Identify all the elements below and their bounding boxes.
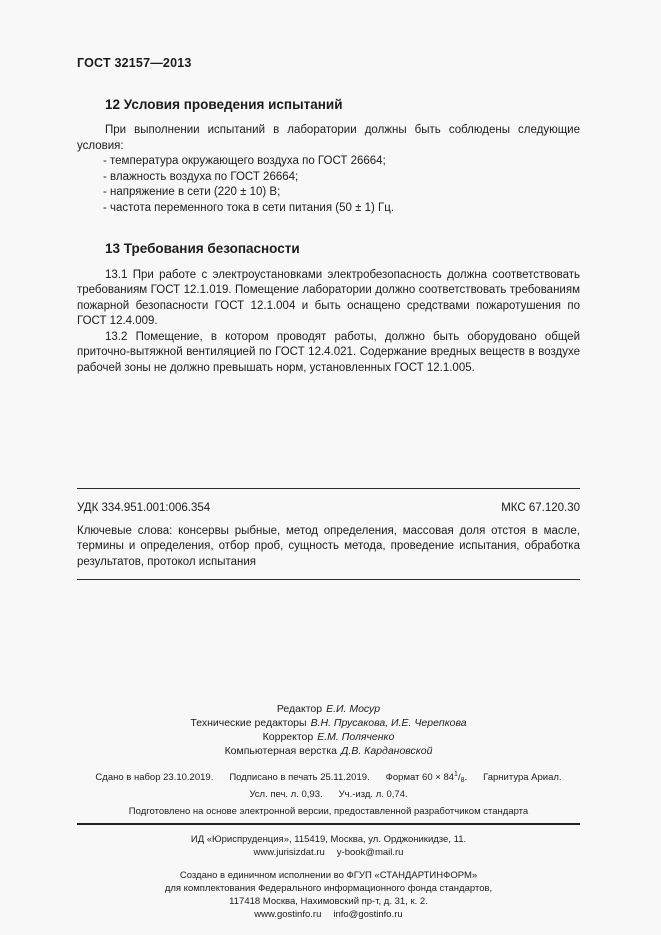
- section-13-paragraph-1: 13.1 При работе с электроустановками эле…: [77, 268, 580, 330]
- standartinform-block: Создано в единичном исполнении во ФГУП «…: [77, 869, 580, 921]
- publisher-address: ИД «Юриспруденция», 115419, Москва, ул. …: [77, 833, 580, 846]
- prepared-note: Подготовлено на основе электронной верси…: [77, 805, 580, 819]
- editor-name: Е.М. Поляченко: [317, 731, 394, 743]
- editor-line: Компьютерная версткаД.В. Кардановской: [77, 744, 580, 758]
- editors-block: РедакторЕ.И. Мосур Технические редакторы…: [77, 702, 580, 758]
- standartinform-line-1: Создано в единичном исполнении во ФГУП «…: [77, 869, 580, 882]
- publisher-contacts: www.jurisizdat.ruy-book@mail.ru: [77, 846, 580, 859]
- document-page: ГОСТ 32157—2013 12 Условия проведения ис…: [0, 0, 661, 935]
- editor-line: РедакторЕ.И. Мосур: [77, 702, 580, 716]
- editor-name: Д.В. Кардановской: [341, 745, 432, 757]
- editor-role: Технические редакторы: [190, 717, 306, 729]
- imprint-block: Сдано в набор 23.10.2019.Подписано в печ…: [77, 768, 580, 819]
- section-13-paragraph-2: 13.2 Помещение, в котором проводят работ…: [77, 330, 580, 377]
- paper-format: Формат 60 × 841/8.: [386, 772, 467, 783]
- mks-code: МКС 67.120.30: [501, 501, 580, 517]
- print-date: Подписано в печать 25.11.2019.: [229, 772, 369, 783]
- doc-code: ГОСТ 32157—2013: [77, 56, 580, 72]
- condition-item: - влажность воздуха по ГОСТ 26664;: [103, 170, 580, 186]
- section-12-heading: 12 Условия проведения испытаний: [105, 97, 580, 113]
- standartinform-site: www.gostinfo.ru: [254, 909, 321, 920]
- publishing-sheets: Уч.-изд. л. 0,74.: [339, 789, 408, 800]
- keywords: Ключевые слова: консервы рыбные, метод о…: [77, 524, 580, 571]
- set-date: Сдано в набор 23.10.2019.: [95, 772, 213, 783]
- editor-role: Редактор: [277, 703, 322, 715]
- publisher-email: y-book@mail.ru: [337, 847, 404, 858]
- editor-role: Корректор: [263, 731, 314, 743]
- section-13-heading: 13 Требования безопасности: [105, 241, 580, 257]
- imprint-line-2: Усл. печ. л. 0,93.Уч.-изд. л. 0,74.: [77, 788, 580, 802]
- divider-below-keywords: [77, 579, 580, 580]
- standartinform-email: info@gostinfo.ru: [333, 909, 402, 920]
- divider-above-udk: [77, 488, 580, 489]
- section-12-intro: При выполнении испытаний в лаборатории д…: [77, 123, 580, 154]
- standartinform-address: 117418 Москва, Нахимовский пр-т, д. 31, …: [77, 895, 580, 908]
- standartinform-line-2: для комплектования Федерального информац…: [77, 882, 580, 895]
- editor-name: В.Н. Прусакова, И.Е. Черепкова: [311, 717, 467, 729]
- editor-name: Е.И. Мосур: [326, 703, 380, 715]
- conventional-sheets: Усл. печ. л. 0,93.: [249, 789, 322, 800]
- condition-item: - частота переменного тока в сети питани…: [103, 201, 580, 217]
- typeface: Гарнитура Ариал.: [483, 772, 561, 783]
- divider-thick: [77, 823, 580, 825]
- condition-item: - напряжение в сети (220 ± 10) В;: [103, 185, 580, 201]
- publisher-block: ИД «Юриспруденция», 115419, Москва, ул. …: [77, 833, 580, 859]
- classification-row: УДК 334.951.001:006.354 МКС 67.120.30: [77, 501, 580, 517]
- condition-item: - температура окружающего воздуха по ГОС…: [103, 154, 580, 170]
- publisher-site: www.jurisizdat.ru: [254, 847, 325, 858]
- udk-code: УДК 334.951.001:006.354: [77, 501, 210, 517]
- imprint-line-1: Сдано в набор 23.10.2019.Подписано в печ…: [77, 768, 580, 788]
- editor-line: КорректорЕ.М. Поляченко: [77, 730, 580, 744]
- editor-line: Технические редакторыВ.Н. Прусакова, И.Е…: [77, 716, 580, 730]
- editor-role: Компьютерная верстка: [225, 745, 337, 757]
- standartinform-contacts: www.gostinfo.ruinfo@gostinfo.ru: [77, 908, 580, 921]
